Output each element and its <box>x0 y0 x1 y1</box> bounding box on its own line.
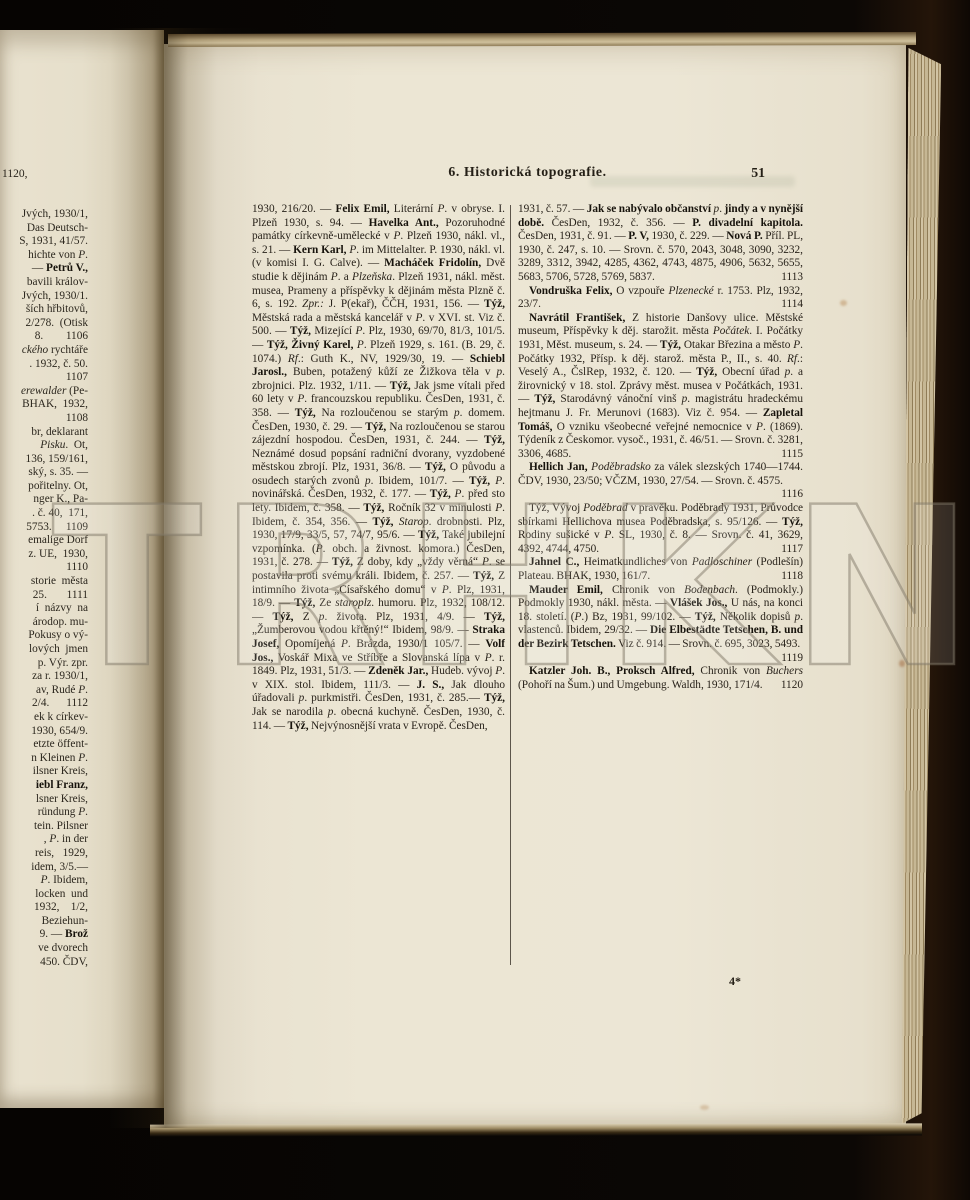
author-name: Týž, <box>473 570 494 582</box>
entry-ref-number: 1114 <box>770 298 803 312</box>
entry-text: 9. — <box>40 928 65 940</box>
left-page-text-line: 5753. 1109 <box>0 521 88 535</box>
italic-term: P <box>357 339 364 351</box>
entry-text: . <box>85 806 88 818</box>
left-page-text-line: Beziehun- <box>0 915 88 929</box>
page-stack-top-edge <box>168 32 916 47</box>
author-name: Týž, <box>660 339 681 351</box>
italic-term: Starop <box>399 516 429 528</box>
author-name: Týž, <box>534 393 555 405</box>
entry-ref-number: 1113 <box>781 271 803 285</box>
left-page-text-line: emalige Dorf <box>0 534 88 548</box>
left-page-text-line: ilsner Kreis, <box>0 765 88 779</box>
italic-term: Padloschiner <box>692 556 752 568</box>
entry-text: Literární <box>390 203 438 215</box>
left-page-text-line: 450. ČDV, <box>0 956 88 970</box>
bibliography-entry: Jahnel C., Heimatkundliches von Padlosch… <box>518 556 803 583</box>
bibliography-entry: Mauder Emil, Chronik von Bodenbach. (Pod… <box>518 584 803 666</box>
italic-term: P <box>482 556 489 568</box>
author-name: Týž, <box>295 407 316 419</box>
entry-ref-number: 1115 <box>770 448 803 462</box>
author-name: Jak se nabývalo občanství <box>587 203 714 215</box>
left-page-text-line: BHAK, 1932, <box>0 398 88 412</box>
entry-text: O vzniku všeobecné veřejné nemocnice v <box>552 421 756 433</box>
entry-text: 450. ČDV, <box>40 956 88 968</box>
left-page-text-line: 1107 <box>0 371 88 385</box>
italic-term: ckého <box>22 344 48 356</box>
italic-term: Plzenecké <box>668 285 713 297</box>
left-page-text-line: ründung P. <box>0 806 88 820</box>
entry-text: br, deklarant <box>31 426 88 438</box>
entry-text: rychtáře <box>48 344 88 356</box>
entry-text: . in der <box>56 833 88 845</box>
entry-text: . <box>85 752 88 764</box>
entry-ref-number: 1119 <box>770 652 803 666</box>
left-page-text-line: . č. 40, 171, <box>0 507 88 521</box>
left-page-text-line: lsner Kreis, <box>0 793 88 807</box>
entry-text: BHAK, 1932, <box>22 398 88 410</box>
column-divider-rule <box>510 205 511 965</box>
left-page-text-line: Jvých, 1930/1, <box>0 208 88 222</box>
author-name: Týž, <box>696 366 717 378</box>
entry-text: lsner Kreis, <box>36 793 88 805</box>
entry-text: 25. 1111 <box>33 589 88 601</box>
bibliography-entry: Navrátil František, Z historie Danšovy u… <box>518 312 803 462</box>
author-name: Kern Karl, <box>293 244 346 256</box>
entry-text: ČesDen, 1932, č. 356. — <box>544 217 692 229</box>
left-page-text-line: 9. — Brož <box>0 928 88 942</box>
entry-text: ČesDen, 1931, č. 91. — <box>518 230 628 242</box>
italic-term: Poděbrad <box>583 502 628 514</box>
entry-text: Ze <box>315 597 335 609</box>
left-page-text-line: 1110 <box>0 561 88 575</box>
bibliography-column-left: 1930, 216/20. — Felix Emil, Literární P.… <box>252 203 505 969</box>
entry-text: Chronik von <box>603 584 684 596</box>
author-name: Týž, <box>484 692 505 704</box>
entry-text: Obecní úřad <box>717 366 784 378</box>
author-name: Macháček Fridolín, <box>384 257 481 269</box>
italic-term: P <box>41 874 48 886</box>
entry-text: .: Guth K., NV, 1929/30, 19. — <box>298 353 470 365</box>
bibliography-column-right: 1931, č. 57. — Jak se nabývalo občanství… <box>518 203 803 983</box>
entry-text: Viz č. 914. — Srovn. č. 695, 3023, 5493. <box>616 638 800 650</box>
italic-term: Počátek <box>713 325 749 337</box>
entry-text: Mizející <box>311 325 356 337</box>
entry-text: Buben, potažený kůží ze Žižkova těla v <box>287 366 497 378</box>
bibliography-entry: 1931, č. 57. — Jak se nabývalo občanství… <box>518 203 803 285</box>
entry-text: ský, s. 35. — <box>28 466 88 478</box>
italic-term: P <box>485 652 492 664</box>
entry-text: 2/4. 1112 <box>32 697 88 709</box>
author-name: Týž, <box>332 556 353 568</box>
italic-term: Zpr.: <box>302 298 324 310</box>
entry-text: idem, 3/5.— <box>31 861 88 873</box>
entry-text: Das Deutsch- <box>27 222 88 234</box>
entry-text: Z doby, kdy „vždy věrná“ <box>353 556 482 568</box>
entry-text: Na rozloučenou se starým <box>316 407 454 419</box>
italic-term: P <box>316 543 323 555</box>
left-page-text-line: árodop. mu- <box>0 616 88 630</box>
bibliography-entry: 1930, 216/20. — Felix Emil, Literární P.… <box>252 203 505 733</box>
entry-text: . Ot, <box>65 439 88 451</box>
author-name: Týž, <box>363 502 384 514</box>
left-page-text-line: tein. Pilsner <box>0 820 88 834</box>
right-page-header: 6. Historická topografie. 51 <box>252 164 803 180</box>
entry-text: emalige Dorf <box>28 534 88 546</box>
author-name: Týž, <box>390 380 411 392</box>
left-page-text-line: S, 1931, 41/57. <box>0 235 88 249</box>
author-name: Týž, <box>365 421 386 433</box>
author-name: P. divadelní kapitola. <box>692 217 803 229</box>
author-name: Havelka Ant., <box>369 217 439 229</box>
italic-term: P <box>442 584 449 596</box>
left-page-text-line: , P. in der <box>0 833 88 847</box>
left-page-header-fragment: 1120, <box>2 168 27 180</box>
author-name: Týž, <box>782 516 803 528</box>
entry-text: (Pohoří na Šum.) und Umgebung. Waldh, 19… <box>518 679 763 691</box>
entry-text: Z <box>294 611 319 623</box>
entry-text: . <box>85 249 88 261</box>
entry-text: . života. Plz, 1931, 4/9. — <box>324 611 484 623</box>
entry-text: . purkmistři. ČesDen, 1931, č. 285.— <box>304 692 484 704</box>
entry-text: reis, 1929, <box>35 847 88 859</box>
entry-text: Rodiny sušické v <box>518 529 604 541</box>
author-name: iebl Franz, <box>36 779 88 791</box>
entry-text: lových jmen <box>29 643 88 655</box>
left-page-text-line: idem, 3/5.— <box>0 861 88 875</box>
entry-text: 2/278. (Otisk <box>26 317 88 329</box>
entry-text: Jak se narodila <box>252 706 328 718</box>
entry-text: 1110 <box>66 561 88 573</box>
entry-text: ründung <box>38 806 78 818</box>
paper-stain <box>840 300 847 306</box>
author-name: Týž, <box>425 461 446 473</box>
left-page-text-line: 8. 1106 <box>0 330 88 344</box>
bibliography-entry: Katzler Joh. B., Proksch Alfred, Chronik… <box>518 665 803 692</box>
entry-text: 8. 1106 <box>35 330 88 342</box>
author-name: Týž, <box>430 488 451 500</box>
entry-text: 1931, č. 57. — <box>518 203 587 215</box>
entry-text: Opomíjená <box>279 638 341 650</box>
left-page-text-line: ckého rychtáře <box>0 344 88 358</box>
entry-ref-number: 1116 <box>770 488 803 502</box>
left-page-text-line: P. Ibidem, <box>0 874 88 888</box>
author-name: Týž, <box>484 611 505 623</box>
italic-term: P <box>331 271 338 283</box>
italic-term: Buchers <box>766 665 803 677</box>
left-page-text-line: 2/278. (Otisk <box>0 317 88 331</box>
left-page-text-line: 2/4. 1112 <box>0 697 88 711</box>
entry-text: Jvých, 1930/1. <box>22 290 88 302</box>
italic-term: Pisku <box>40 439 65 451</box>
author-name: Mauder Emil, <box>529 584 603 596</box>
author-name: Týž, <box>272 611 293 623</box>
author-name: Týž, Živný Karel, <box>267 339 354 351</box>
entry-text: Pokusy o vý- <box>28 629 88 641</box>
author-name: Týž, <box>418 529 439 541</box>
italic-term: P <box>756 421 763 433</box>
entry-text: Otakar Březina a město <box>681 339 793 351</box>
left-page-text-line: lových jmen <box>0 643 88 657</box>
entry-text: 1108 <box>66 412 88 424</box>
entry-text: . Ibidem, 101/7. — <box>371 475 469 487</box>
entry-text: Beziehun- <box>42 915 88 927</box>
entry-text: z. UE, 1930, <box>28 548 88 560</box>
author-name: Petrů V., <box>46 262 88 274</box>
left-page-text-line: reis, 1929, <box>0 847 88 861</box>
left-page-text-line: 1932, 1/2, <box>0 901 88 915</box>
entry-text: pořitelny. Ot, <box>28 480 88 492</box>
left-page-text-line: 25. 1111 <box>0 589 88 603</box>
italic-term: Bodenbach <box>684 584 735 596</box>
italic-term: erewalder <box>21 385 66 397</box>
entry-text: S, 1931, 41/57. <box>19 235 88 247</box>
left-page-text-line: ších hřbitovů, <box>0 303 88 317</box>
entry-text: .) Bz, 1931, 99/102. — <box>581 611 694 623</box>
entry-text: etzte öffent- <box>33 738 88 750</box>
entry-text: 136, 159/161, <box>26 453 88 465</box>
left-page-text-line: n Kleinen P. <box>0 752 88 766</box>
italic-term: Rf <box>288 353 298 365</box>
entry-text: nger K., Pa- <box>33 493 88 505</box>
author-name: Hellich Jan, <box>529 461 588 473</box>
left-page-text-line: bavili králov- <box>0 276 88 290</box>
entry-text: Hudeb. vývoj <box>428 665 495 677</box>
author-name: Týž, <box>372 516 393 528</box>
entry-text: J. P(ekař), ČČH, 1931, 156. — <box>324 298 484 310</box>
page-stack-right-edge <box>902 48 942 1124</box>
signature-mark: 4* <box>518 974 741 989</box>
left-page-text-line: av, Rudé P. <box>0 684 88 698</box>
entry-text: . Ibidem, <box>48 874 88 886</box>
entry-text: . <box>85 684 88 696</box>
author-name: Katzler Joh. B., Proksch Alfred, <box>529 665 695 677</box>
entry-text: „Žumberovou vodou křtěný!“ Ibidem, 98/9.… <box>252 624 472 636</box>
entry-text: hichte von <box>28 249 78 261</box>
entry-text: av, Rudé <box>36 684 78 696</box>
italic-term: Poděbradsko <box>591 461 651 473</box>
italic-term: P <box>341 638 348 650</box>
left-page-text-line: 1108 <box>0 412 88 426</box>
entry-text: . a <box>338 271 352 283</box>
author-name: Týž, <box>290 325 311 337</box>
entry-ref-number: 1118 <box>770 570 803 584</box>
author-name: Týž, <box>695 611 716 623</box>
left-page-text-line: z. UE, 1930, <box>0 548 88 562</box>
entry-text: 1107 <box>66 371 88 383</box>
entry-text: Nejvýnosnější vrata v Evropě. ČesDen, <box>309 720 488 732</box>
page-number: 51 <box>751 165 765 181</box>
paper-stain <box>899 660 905 667</box>
bibliography-entry: Vondruška Felix, O vzpouře Plzenecké r. … <box>518 285 803 312</box>
left-page-text-line: p. Výr. zpr. <box>0 657 88 671</box>
entry-text: locken und <box>35 888 88 900</box>
left-page-text-line: Pokusy o vý- <box>0 629 88 643</box>
entry-text: 5753. 1109 <box>26 521 88 533</box>
left-page-text-line: ský, s. 35. — <box>0 466 88 480</box>
author-name: Navrátil František, <box>529 312 625 324</box>
entry-text: Ročník 32 v minulosti <box>384 502 495 514</box>
author-name: Brož <box>65 928 88 940</box>
entry-text: n Kleinen <box>31 752 78 764</box>
left-page-text-line: iebl Franz, <box>0 779 88 793</box>
entry-text: Chronik von <box>695 665 766 677</box>
entry-text: 1932, 1/2, <box>34 901 88 913</box>
left-page-text-line: etzte öffent- <box>0 738 88 752</box>
italic-term: staroplz <box>335 597 371 609</box>
entry-text: í názvy na <box>36 602 88 614</box>
entry-text: Starodávný vánoční vinš <box>555 393 681 405</box>
entry-text: Heimatkundliches von <box>579 556 692 568</box>
author-name: Týž, <box>288 720 309 732</box>
entry-ref-number: 1117 <box>770 543 803 557</box>
left-page-text-line: storie města <box>0 575 88 589</box>
entry-text: ších hřbitovů, <box>26 303 88 315</box>
entry-text: 1930, č. 229. — <box>649 230 726 242</box>
paper-stain <box>700 1105 709 1110</box>
entry-text: ilsner Kreis, <box>33 765 88 777</box>
entry-text: p. Výr. zpr. <box>38 657 88 669</box>
left-page-text-line: locken und <box>0 888 88 902</box>
entry-text: árodop. mu- <box>33 616 88 628</box>
left-page-text-line: pořitelny. Ot, <box>0 480 88 494</box>
entry-text: — <box>32 262 46 274</box>
left-page-text-line: — Petrů V., <box>0 262 88 276</box>
entry-text: . č. 40, 171, <box>32 507 88 519</box>
left-page-text-line: . 1932, č. 50. <box>0 358 88 372</box>
left-page-text-line: 136, 159/161, <box>0 453 88 467</box>
author-name: Felix Emil, <box>336 203 390 215</box>
left-page-text-line: 1930, 654/9. <box>0 725 88 739</box>
left-page-text-line: nger K., Pa- <box>0 493 88 507</box>
author-name: Týž, <box>469 475 490 487</box>
entry-text: tein. Pilsner <box>34 820 88 832</box>
left-page-text-line: erewalder (Pe- <box>0 385 88 399</box>
author-name: Týž, <box>484 434 505 446</box>
entry-text: ve dvorech <box>38 942 88 954</box>
left-page-text-line: ve dvorech <box>0 942 88 956</box>
author-name: Jahnel C., <box>529 556 579 568</box>
left-page-text-line: za r. 1930/1, <box>0 670 88 684</box>
entry-text: ek k církev- <box>34 711 88 723</box>
entry-text: 1930, 216/20. — <box>252 203 336 215</box>
entry-text: bavili králov- <box>27 276 88 288</box>
italic-term: Rf <box>787 353 797 365</box>
entry-text: za r. 1930/1, <box>32 670 88 682</box>
left-page-text-line: Pisku. Ot, <box>0 439 88 453</box>
entry-text: O vzpouře <box>612 285 668 297</box>
entry-text: Voskář Mixa ve Stříbře a Slovanská lípa … <box>273 652 484 664</box>
entry-text: 1930, 654/9. <box>31 725 88 737</box>
left-page-text-line: ek k církev- <box>0 711 88 725</box>
entry-text: storie města <box>31 575 88 587</box>
entry-text: Týž, Vývoj <box>529 502 583 514</box>
left-page-text-line: hichte von P. <box>0 249 88 263</box>
entry-text: Několik dopisů <box>716 611 795 623</box>
left-page-text-line: br, deklarant <box>0 426 88 440</box>
entry-text: Jvých, 1930/1, <box>22 208 88 220</box>
italic-term: Plzeňska <box>352 271 392 283</box>
entry-text: Městská rada a městská kancelář v <box>252 312 416 324</box>
left-page-text-line: Jvých, 1930/1. <box>0 290 88 304</box>
author-name: Vondruška Felix, <box>529 285 612 297</box>
author-name: Týž, <box>294 597 315 609</box>
left-page-text-fragments: Jvých, 1930/1,Das Deutsch-S, 1931, 41/57… <box>0 208 88 969</box>
author-name: Zdeněk Jar., <box>368 665 428 677</box>
author-name: J. S., <box>417 679 445 691</box>
bibliography-entry: Týž, Vývoj Poděbrad v pravěku. Poděbrady… <box>518 502 803 556</box>
author-name: P. V, <box>628 230 649 242</box>
bibliography-entry: Hellich Jan, Poděbradsko za válek slezsk… <box>518 461 803 502</box>
entry-text: (Pe- <box>66 385 88 397</box>
left-page-text-line: í názvy na <box>0 602 88 616</box>
entry-text: . 1932, č. 50. <box>29 358 88 370</box>
left-page-text-line: Das Deutsch- <box>0 222 88 236</box>
author-name: Vlášek Jos., <box>670 597 727 609</box>
page-title: 6. Historická topografie. <box>252 164 803 180</box>
entry-ref-number: 1120 <box>770 679 803 693</box>
author-name: Nová P. <box>726 230 762 242</box>
entry-text: . Brázda, 1930/1 105/7. — <box>348 638 485 650</box>
page-stack-bottom-edge <box>150 1123 922 1136</box>
author-name: Týž, <box>484 298 505 310</box>
